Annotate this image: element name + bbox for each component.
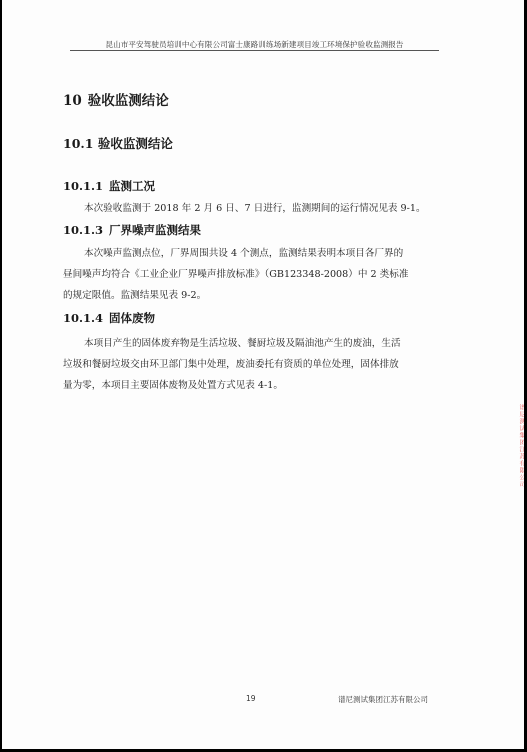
paragraph-solid-waste: 本项目产生的固体废弃物是生活垃圾、餐厨垃圾及隔油池产生的废油，生活 垃圾和餐厨垃… [63,333,443,396]
page-number: 19 [246,694,256,703]
paragraph-line: 本项目产生的固体废弃物是生活垃圾、餐厨垃圾及隔油池产生的废油，生活 [63,333,443,354]
subsection-number: 10.1.1 [63,179,103,193]
paragraph-line: 的规定限值。监测结果见表 9-2。 [63,285,443,306]
chapter-title: 验收监测结论 [88,93,169,109]
running-header: 昆山市平安驾驶员培训中心有限公司富士康路训练场新建项目竣工环境保护验收监测报告 [70,39,439,50]
subsection-heading-monitoring-conditions: 10.1.1 监测工况 [63,178,155,194]
subsection-number: 10.1.4 [63,311,103,325]
subsection-number: 10.1.3 [63,223,103,237]
chapter-heading: 10验收监测结论 [63,89,169,109]
paragraph-line: 垃圾和餐厨垃圾交由环卫部门集中处理，废油委托有资质的单位处理，固体排放 [63,354,443,375]
section-number: 10.1 [63,136,93,151]
paragraph-line: 昼间噪声均符合《工业企业厂界噪声排放标准》（GB123348-2008）中 2 … [63,264,443,285]
footer-company: 谱尼测试集团江苏有限公司 [338,694,428,705]
document-page: 昆山市平安驾驶员培训中心有限公司富士康路训练场新建项目竣工环境保护验收监测报告 … [2,0,524,749]
seal-stamp-edge: 谱尼测试集团江苏有限公司 [516,404,524,514]
subsection-title: 固体废物 [109,311,155,325]
subsection-heading-solid-waste: 10.1.4 固体废物 [63,310,155,326]
paragraph-line: 本次噪声监测点位，厂界周围共设 4 个测点，监测结果表明本项目各厂界的 [63,243,443,264]
paragraph-noise-results: 本次噪声监测点位，厂界周围共设 4 个测点，监测结果表明本项目各厂界的 昼间噪声… [63,243,443,306]
paragraph-line: 量为零，本项目主要固体废物及处置方式见表 4-1。 [63,375,443,396]
section-title: 验收监测结论 [98,136,173,151]
subsection-title: 厂界噪声监测结果 [109,223,201,237]
paragraph-monitoring-conditions: 本次验收监测于 2018 年 2 月 6 日、7 日进行，监测期间的运行情况见表… [63,198,443,219]
header-rule [70,50,439,51]
subsection-title: 监测工况 [109,179,155,193]
subsection-heading-noise-results: 10.1.3 厂界噪声监测结果 [63,222,201,238]
chapter-number: 10 [63,93,82,109]
paragraph-line: 本次验收监测于 2018 年 2 月 6 日、7 日进行，监测期间的运行情况见表… [63,198,443,219]
section-heading: 10.1 验收监测结论 [63,134,173,152]
